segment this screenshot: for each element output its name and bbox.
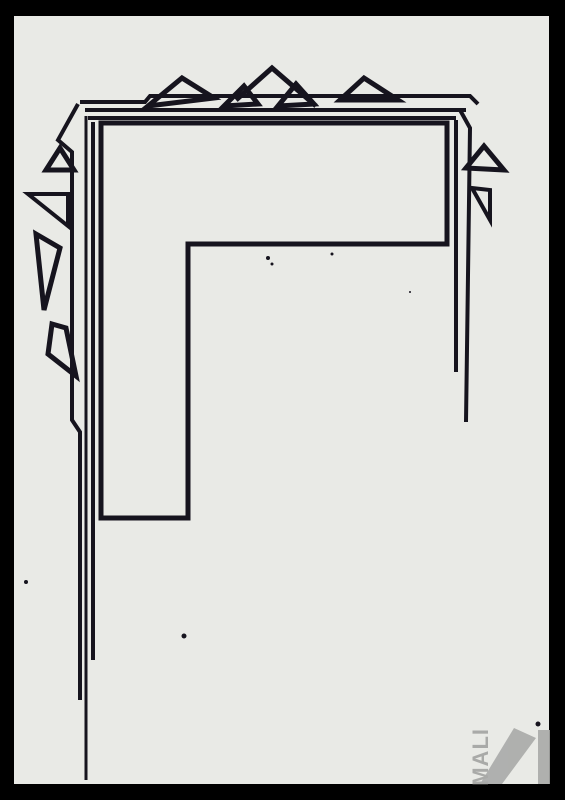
photo-frame: MALI <box>0 0 565 800</box>
ink-drawing <box>0 0 565 800</box>
triangle-ornament <box>148 78 214 106</box>
inner-l-frame <box>101 123 447 518</box>
watermark-text: MALI <box>468 728 488 786</box>
